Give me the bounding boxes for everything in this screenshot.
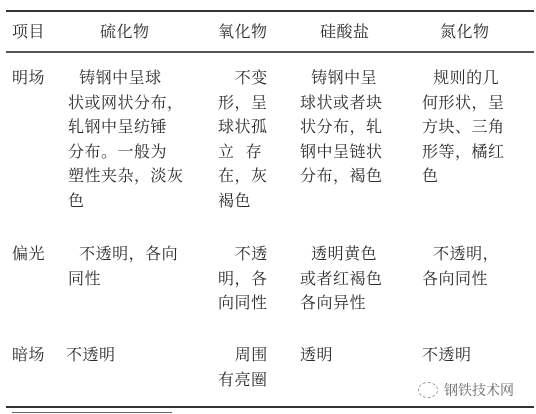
watermark: 钢铁技术网 (418, 380, 514, 400)
header-nitride: 氮化物 (440, 20, 490, 45)
cell-bright-oxide: 不变 形，呈 球状孤 立 存 在，灰 褐色 (218, 66, 268, 213)
cell-bright-silicate: 铸钢中呈 球状或者块 状分布，轧 钢中呈链状 分布，褐色 (300, 66, 383, 189)
row-label-polarized: 偏光 (12, 242, 45, 267)
table-header-rule (6, 51, 534, 53)
cell-dark-sulfide: 不透明 (66, 343, 116, 368)
row-label-dark-field: 暗场 (12, 343, 45, 368)
header-item: 项目 (12, 20, 45, 45)
cell-polar-oxide: 不透 明，各 向同性 (218, 242, 268, 316)
header-silicate: 硅酸盐 (320, 20, 370, 45)
cell-dark-silicate: 透明 (300, 343, 333, 368)
header-oxide: 氧化物 (218, 20, 268, 45)
table-top-rule (6, 10, 534, 12)
cell-dark-oxide: 周围 有亮圈 (218, 343, 268, 392)
row-label-bright-field: 明场 (12, 66, 45, 91)
cell-bright-sulfide: 铸钢中呈球 状或网状分布， 轧钢中呈纺锤 分布。一般为 塑性夹杂，淡灰 色 (68, 66, 184, 213)
cell-polar-sulfide: 不透明，各向 同性 (68, 242, 178, 291)
table-bottom-rule (6, 406, 534, 408)
footnote-rule (12, 412, 172, 413)
cell-bright-nitride: 规则的几 何形状，呈 方块、三角 形等，橘红 色 (422, 66, 505, 189)
cell-polar-nitride: 不透明， 各向同性 (422, 242, 499, 291)
header-sulfide: 硫化物 (100, 20, 150, 45)
wechat-icon (418, 382, 438, 398)
cell-polar-silicate: 透明黄色 或者红褐色 各向异性 (300, 242, 383, 316)
watermark-text: 钢铁技术网 (444, 380, 514, 400)
cell-dark-nitride: 不透明 (422, 343, 472, 368)
